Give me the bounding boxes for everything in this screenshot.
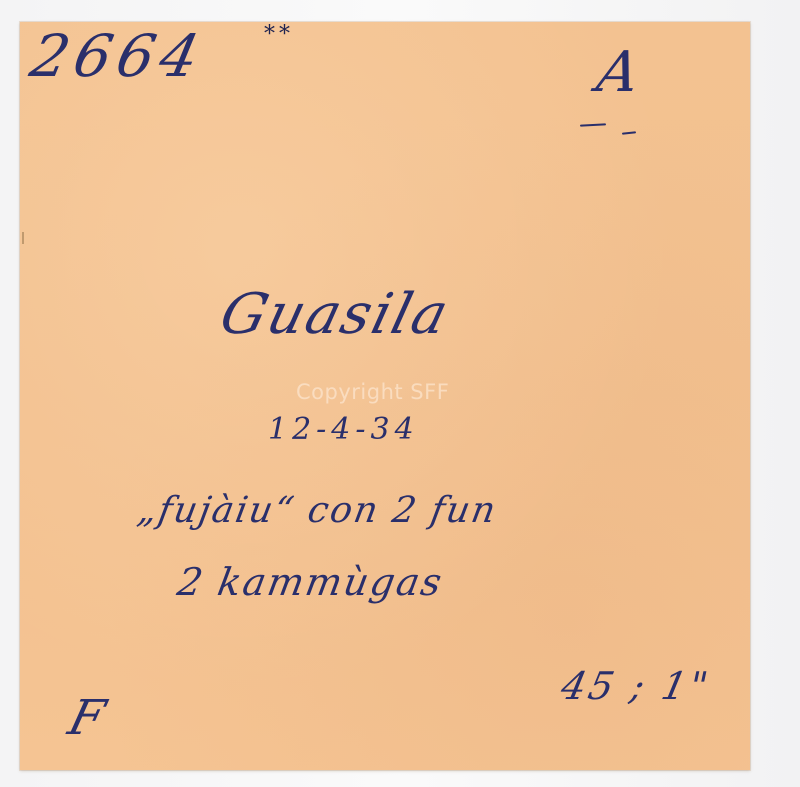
copyright-watermark: Copyright SFF [296, 380, 449, 404]
photo-background: 2664 ** A Guasila Copyright SFF 12-4-34 … [0, 0, 800, 787]
recording-date: 12-4-34 [268, 412, 419, 447]
star-marks: ** [264, 22, 294, 47]
duration-measurement: 45 ; 1" [557, 664, 714, 708]
location-name: Guasila [214, 282, 456, 347]
description-line-1: „fujàiu“ con 2 fun [134, 490, 500, 531]
card-edge-mark [22, 232, 24, 244]
catalog-number: 2664 [25, 22, 211, 90]
description-line-2: 2 kammùgas [174, 560, 447, 604]
